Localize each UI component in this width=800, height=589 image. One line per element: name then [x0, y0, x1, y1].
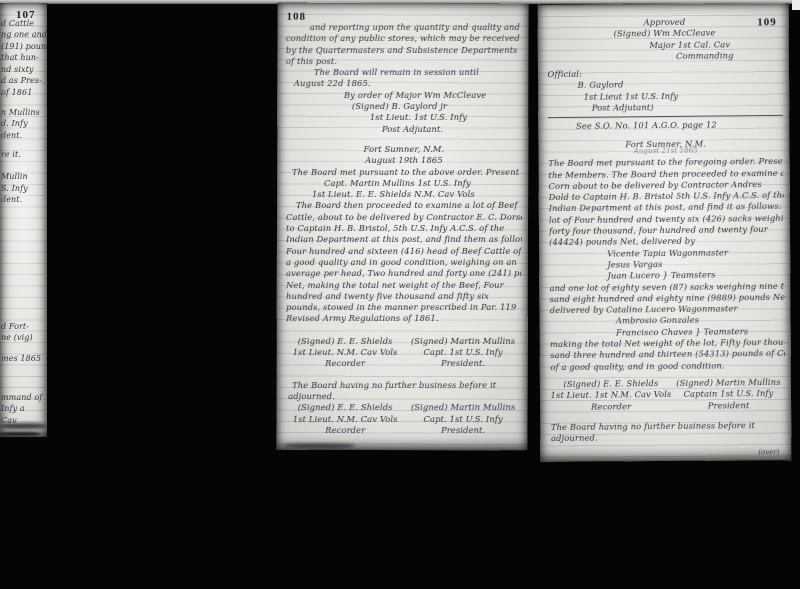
handwritten-line: (191) pounds [1, 41, 47, 52]
handwritten-line: Four hundred and sixteen (416) head of B… [286, 246, 522, 258]
handwritten-line: dent. [1, 194, 47, 205]
signature-column: (Signed) E. E. Shields1st Lieut. N.M. Ca… [286, 402, 404, 436]
handwritten-line: Mullin [1, 171, 47, 182]
handwritten-line: The Board met pursuant to the above orde… [286, 166, 522, 178]
handwritten-line: August 19th 1865 [286, 155, 522, 167]
handwritten-line: of a good quality, and in good condition… [550, 359, 785, 373]
handwritten-line: mmand of [1, 392, 47, 403]
handwritten-line: ng one and [1, 29, 47, 40]
handwritten-line: adjourned. [286, 391, 522, 403]
signature-column: (Signed) E. E. Shields1st Lieut. 1st N.M… [550, 378, 671, 413]
handwritten-line: Infy a [1, 403, 47, 414]
signature-line: Recorder [551, 400, 672, 412]
handwritten-line: Net, making the total net weight of the … [286, 279, 522, 291]
handwritten-line: nd sixty [1, 64, 47, 75]
signature-column: (Signed) Martin MullinsCapt. 1st U.S. In… [404, 402, 522, 436]
signature-line: President [671, 399, 785, 411]
over-annotation: (over) [758, 448, 779, 456]
ink-smudge [284, 444, 354, 448]
signature-line: President. [404, 425, 522, 436]
signature-line: 1st Lieut. 1st N.M. Cav Vols [551, 389, 672, 401]
page-107-text: d Cattleng one and(191) poundsthat hun-n… [0, 3, 47, 437]
signature-line: 1st Lieut. N.M. Cav Vols [286, 413, 404, 424]
handwritten-line: Commanding [547, 50, 782, 64]
handwritten-line: adjourned. [551, 431, 786, 445]
signature-column: (Signed) E. E. Shields1st Lieut. N.M. Ca… [286, 336, 404, 370]
signature-line: Recorder [286, 358, 404, 369]
handwritten-line: dent. [1, 130, 47, 141]
scanner-corner-sliver [792, 0, 800, 10]
handwritten-line: Revised Army Regulations of 1861. [286, 313, 522, 325]
page-107-fragment: 107 d Cattleng one and(191) poundsthat h… [0, 3, 47, 437]
signature-line: (Signed) E. E. Shields [286, 402, 404, 413]
signature-line: (Signed) Martin Mullins [404, 336, 522, 347]
handwritten-line: of 1861 [1, 87, 47, 98]
handwritten-line: (Signed) B. Gaylord jr [286, 101, 522, 113]
handwritten-line: The Board having no further business bef… [286, 380, 522, 392]
handwritten-line: August 22d 1865. [286, 78, 522, 90]
handwritten-line: re it. [1, 149, 47, 160]
signature-line: 1st Lieut. N.M. Cav Vols [286, 347, 404, 358]
signature-block: (Signed) E. E. Shields1st Lieut. N.M. Ca… [286, 336, 522, 370]
ink-smudge [0, 432, 40, 436]
page-109-text: Approved(Signed) Wm McCleaveMajor 1st Ca… [538, 3, 792, 462]
signature-column: (Signed) Martin MullinsCapt. 1st U.S. In… [404, 336, 522, 370]
signature-line: Captain 1st U.S. Infy [671, 388, 785, 400]
handwritten-line: pounds, stowed in the manner prescribed … [286, 302, 522, 314]
handwritten-line: 1st Lieut. E. E. Shields N.M. Cav Vols [286, 189, 522, 201]
signature-block: (Signed) E. E. Shields1st Lieut. 1st N.M… [550, 377, 785, 413]
handwritten-line: The Board will remain in session until [286, 67, 522, 79]
handwritten-line: By order of Major Wm McCleave [286, 90, 522, 102]
handwritten-line: S. Infy [1, 183, 47, 194]
signature-line: (Signed) Martin Mullins [404, 402, 522, 413]
signature-line: President. [404, 358, 522, 369]
handwritten-line: 1st Lieut. 1st U.S. Infy [286, 112, 522, 124]
handwritten-line: d Fort- [1, 321, 47, 332]
handwritten-line: by the Quartermasters and Subsistence De… [286, 44, 522, 56]
handwritten-line: of this post. [286, 56, 522, 68]
handwritten-line: d Cattle [1, 18, 47, 29]
handwritten-line: average per head, Two hundred and forty … [286, 268, 522, 280]
handwritten-line: Indian Department at this post, and find… [286, 234, 522, 246]
handwritten-line: Cattle, about to be delivered by Contrac… [286, 212, 522, 224]
handwritten-line: d as Pres- [1, 75, 47, 86]
handwritten-line: d. Infy [1, 118, 47, 129]
page-108-text: and reporting upon the quantity and qual… [277, 3, 528, 450]
signature-column: (Signed) Martin MullinsCaptain 1st U.S. … [671, 377, 785, 412]
handwritten-line: that hun- [1, 52, 47, 63]
handwritten-line: sand three hundred and thirteen (54313) … [550, 348, 785, 362]
signature-line: Capt. 1st U.S. Infy [404, 347, 522, 358]
handwritten-line: Fort Sumner, N.M. [286, 144, 522, 156]
handwritten-line: a good quality and in good condition, we… [286, 257, 522, 269]
signature-line: Recorder [286, 425, 404, 436]
handwritten-line: Post Adjutant) [548, 101, 783, 115]
signature-line: Capt. 1st U.S. Infy [404, 413, 522, 424]
handwritten-line: condition of any public stores, which ma… [286, 33, 522, 45]
handwritten-line: The Board having no further business bef… [551, 420, 786, 434]
divider-rule [548, 115, 783, 118]
handwritten-line: The Board then proceeded to examine a lo… [286, 200, 522, 212]
ink-smudge [0, 423, 46, 429]
handwritten-line: hundred and twenty five thousand and fif… [286, 291, 522, 303]
signature-line: (Signed) E. E. Shields [286, 336, 404, 347]
handwritten-line: and reporting upon the quantity and qual… [286, 22, 522, 34]
handwritten-line: August 21st 1865 [548, 145, 783, 159]
handwritten-line: See S.O. No. 101 A.G.O. page 12 [548, 119, 783, 133]
handwritten-line: ne (vig) [1, 332, 47, 343]
page-108: 108 and reporting upon the quantity and … [276, 3, 528, 451]
handwritten-line: mes 1865 [1, 353, 47, 364]
handwritten-line: n Mullins [1, 107, 47, 118]
signature-block: (Signed) E. E. Shields1st Lieut. N.M. Ca… [286, 402, 522, 436]
handwritten-line: Capt. Martin Mullins 1st U.S. Infy [286, 178, 522, 190]
page-109: 109 Approved(Signed) Wm McCleaveMajor 1s… [538, 3, 792, 462]
handwritten-line: to Captain H. B. Bristol, 5th U.S. Infy … [286, 223, 522, 235]
scanned-ledger-image: 107 d Cattleng one and(191) poundsthat h… [0, 0, 800, 589]
handwritten-line: Post Adjutant. [286, 124, 522, 136]
